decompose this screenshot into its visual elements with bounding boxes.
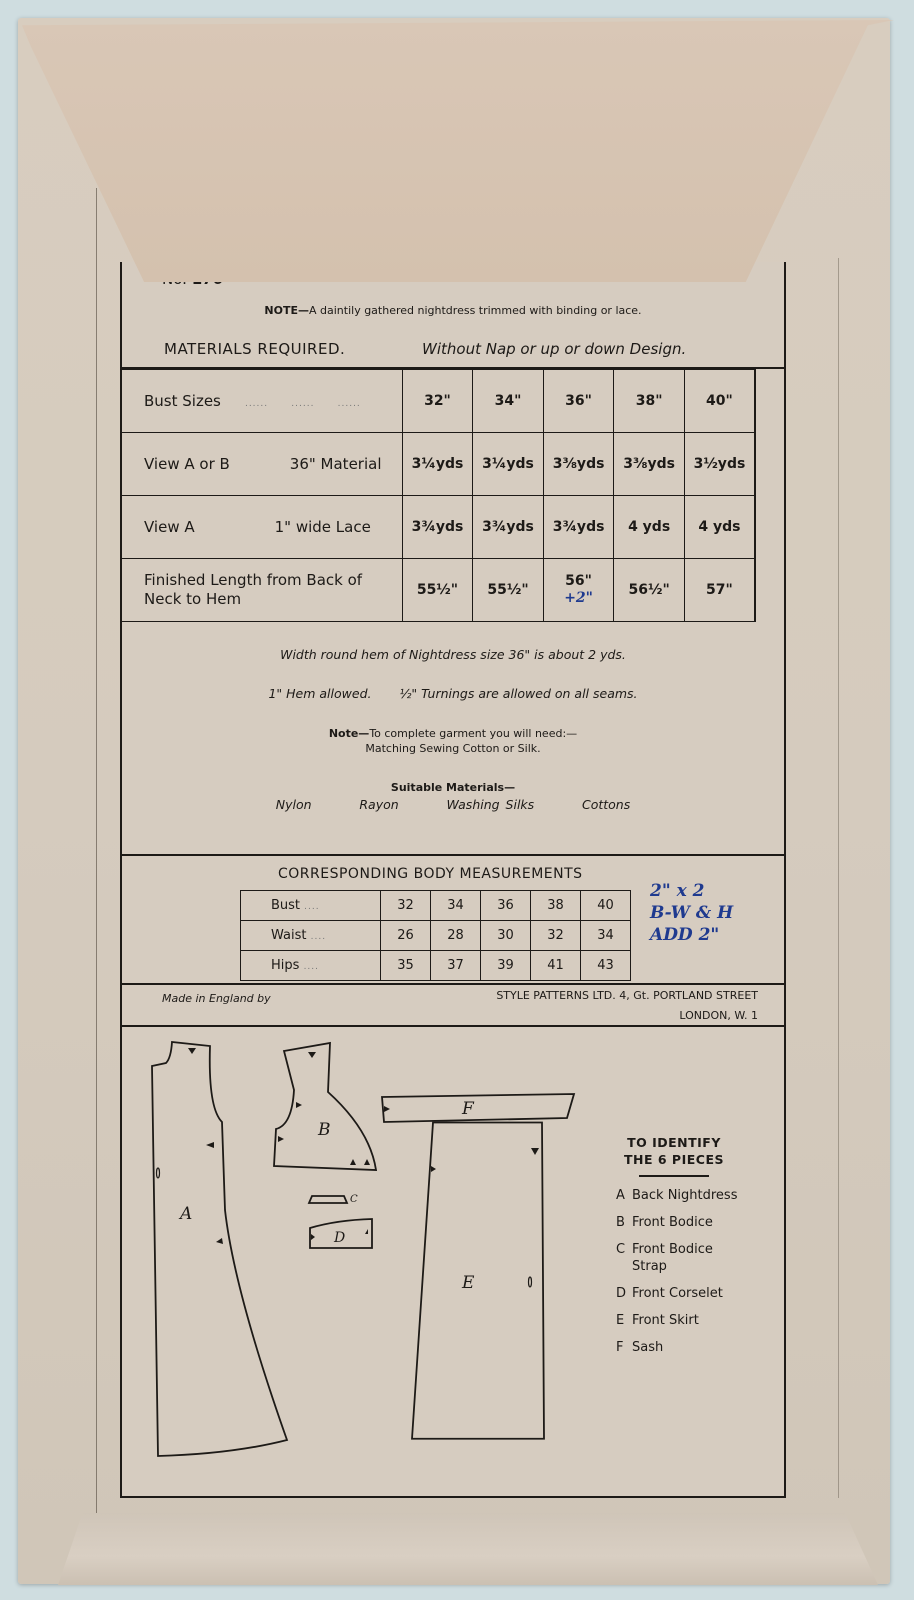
table-row-bust-sizes: Bust Sizes ...... ...... ...... 32" 34" … [122, 370, 755, 433]
row-label: Bust Sizes ...... ...... ...... [122, 370, 402, 433]
hem-allowed-text: 1" Hem allowed. [268, 686, 371, 701]
cell: 34 [431, 891, 481, 921]
cell: 38" [614, 370, 685, 433]
piece-c-outline [309, 1196, 347, 1203]
cell-36: 56" +2" [543, 559, 614, 622]
legend-item: ABack Nightdress [616, 1187, 786, 1204]
pieces-legend-heading: TO IDENTIFY THE 6 PIECES [616, 1134, 732, 1168]
cell: 32 [531, 921, 581, 951]
table-row-hips: Hips .... 35 37 39 41 43 [241, 951, 631, 981]
piece-label-c: C [350, 1194, 358, 1205]
table-row-material: View A or B36" Material 3¼yds 3¼yds 3⅜yd… [122, 433, 755, 496]
piece-label-a: A [178, 1204, 192, 1224]
complete-note-text: To complete garment you will need:— [369, 727, 577, 740]
envelope-bottom-flap [58, 1513, 878, 1585]
suitable-materials-list: Nylon Rayon Washing Silks Cottons [122, 797, 784, 812]
divider [122, 983, 784, 985]
divider [122, 1025, 784, 1027]
row-label: Hips .... [241, 951, 381, 981]
body-measurements-title: CORRESPONDING BODY MEASUREMENTS [278, 866, 583, 882]
note-prefix: NOTE— [264, 304, 309, 317]
cell: 36 [481, 891, 531, 921]
legend-item: EFront Skirt [616, 1312, 786, 1329]
cell: 4 yds [614, 496, 685, 559]
cell: 36" [543, 370, 614, 433]
piece-label-b: B [317, 1120, 331, 1140]
cell: 57" [684, 559, 755, 622]
cell: 56½" [614, 559, 685, 622]
row-label: View A1" wide Lace [122, 496, 402, 559]
handwritten-note: +2" [564, 590, 593, 606]
cell: 38 [531, 891, 581, 921]
envelope-fold-left [96, 188, 97, 1518]
cell: 4 yds [684, 496, 755, 559]
cell: 30 [481, 921, 531, 951]
cell: 3½yds [684, 433, 755, 496]
row-label: Finished Length from Back of Neck to Hem [122, 559, 402, 622]
cell: 55½" [473, 559, 544, 622]
cell: 55½" [402, 559, 473, 622]
cell: 37 [431, 951, 481, 981]
cell: 43 [581, 951, 631, 981]
piece-label-d: D [333, 1230, 345, 1246]
cell: 3⅜yds [614, 433, 685, 496]
materials-subheading: Without Nap or up or down Design. [422, 340, 686, 358]
legend-item: BFront Bodice [616, 1214, 786, 1231]
printed-panel: No. 176 NOTE—A daintily gathered nightdr… [120, 262, 786, 1498]
piece-f-outline [382, 1094, 574, 1122]
envelope-fold-right [838, 258, 839, 1498]
cell: 35 [381, 951, 431, 981]
note-text: A daintily gathered nightdress trimmed w… [309, 304, 642, 317]
complete-note-prefix: Note— [329, 727, 369, 740]
row-label: View A or B36" Material [122, 433, 402, 496]
cell: 3¾yds [473, 496, 544, 559]
cell: 41 [531, 951, 581, 981]
cell: 32 [381, 891, 431, 921]
piece-label-e: E [461, 1273, 475, 1293]
envelope-top-flap[interactable] [22, 20, 894, 282]
cell: 39 [481, 951, 531, 981]
table-row-bust: Bust .... 32 34 36 38 40 [241, 891, 631, 921]
cell: 28 [431, 921, 481, 951]
maker-city: LONDON, W. 1 [496, 1006, 758, 1026]
cell: 3¾yds [543, 496, 614, 559]
divider [639, 1175, 709, 1177]
description-note: NOTE—A daintily gathered nightdress trim… [122, 304, 784, 317]
made-in-england: Made in England by [162, 992, 271, 1005]
piece-a-outline [152, 1042, 287, 1456]
cell: 32" [402, 370, 473, 433]
maker-address: STYLE PATTERNS LTD. 4, Gt. PORTLAND STRE… [496, 986, 758, 1026]
materials-table: Bust Sizes ...... ...... ...... 32" 34" … [122, 369, 756, 622]
legend-item: DFront Corselet [616, 1285, 786, 1302]
cell: 40 [581, 891, 631, 921]
cell: 3¼yds [473, 433, 544, 496]
cell: 34 [581, 921, 631, 951]
legend-item: CFront Bodice Strap [616, 1241, 786, 1275]
row-label: Waist .... [241, 921, 381, 951]
table-row-waist: Waist .... 26 28 30 32 34 [241, 921, 631, 951]
hem-width-text: Width round hem of Nightdress size 36" i… [122, 647, 784, 662]
maker-company: STYLE PATTERNS LTD. 4, Gt. PORTLAND STRE… [496, 986, 758, 1006]
info-block: Width round hem of Nightdress size 36" i… [122, 632, 784, 812]
piece-b-outline [274, 1043, 376, 1170]
table-row-length: Finished Length from Back of Neck to Hem… [122, 559, 755, 622]
table-row-lace: View A1" wide Lace 3¾yds 3¾yds 3¾yds 4 y… [122, 496, 755, 559]
handwritten-notes: 2" x 2 B-W & H ADD 2" [650, 880, 733, 946]
cell: 3¾yds [402, 496, 473, 559]
cell: 26 [381, 921, 431, 951]
piece-label-f: F [461, 1099, 475, 1119]
cell: 40" [684, 370, 755, 433]
cell: 34" [473, 370, 544, 433]
row-label: Bust .... [241, 891, 381, 921]
divider [122, 854, 784, 856]
suitable-materials-heading: Suitable Materials— [122, 781, 784, 794]
cell: 3¼yds [402, 433, 473, 496]
materials-heading: MATERIALS REQUIRED. [164, 340, 345, 358]
pieces-legend: TO IDENTIFY THE 6 PIECES ABack Nightdres… [616, 1134, 786, 1366]
turnings-text: ½" Turnings are allowed on all seams. [399, 686, 637, 701]
cell: 3⅜yds [543, 433, 614, 496]
complete-items-text: Matching Sewing Cotton or Silk. [122, 742, 784, 755]
body-measurements-table: Bust .... 32 34 36 38 40 Waist .... 26 2… [240, 890, 631, 981]
legend-item: FSash [616, 1339, 786, 1356]
